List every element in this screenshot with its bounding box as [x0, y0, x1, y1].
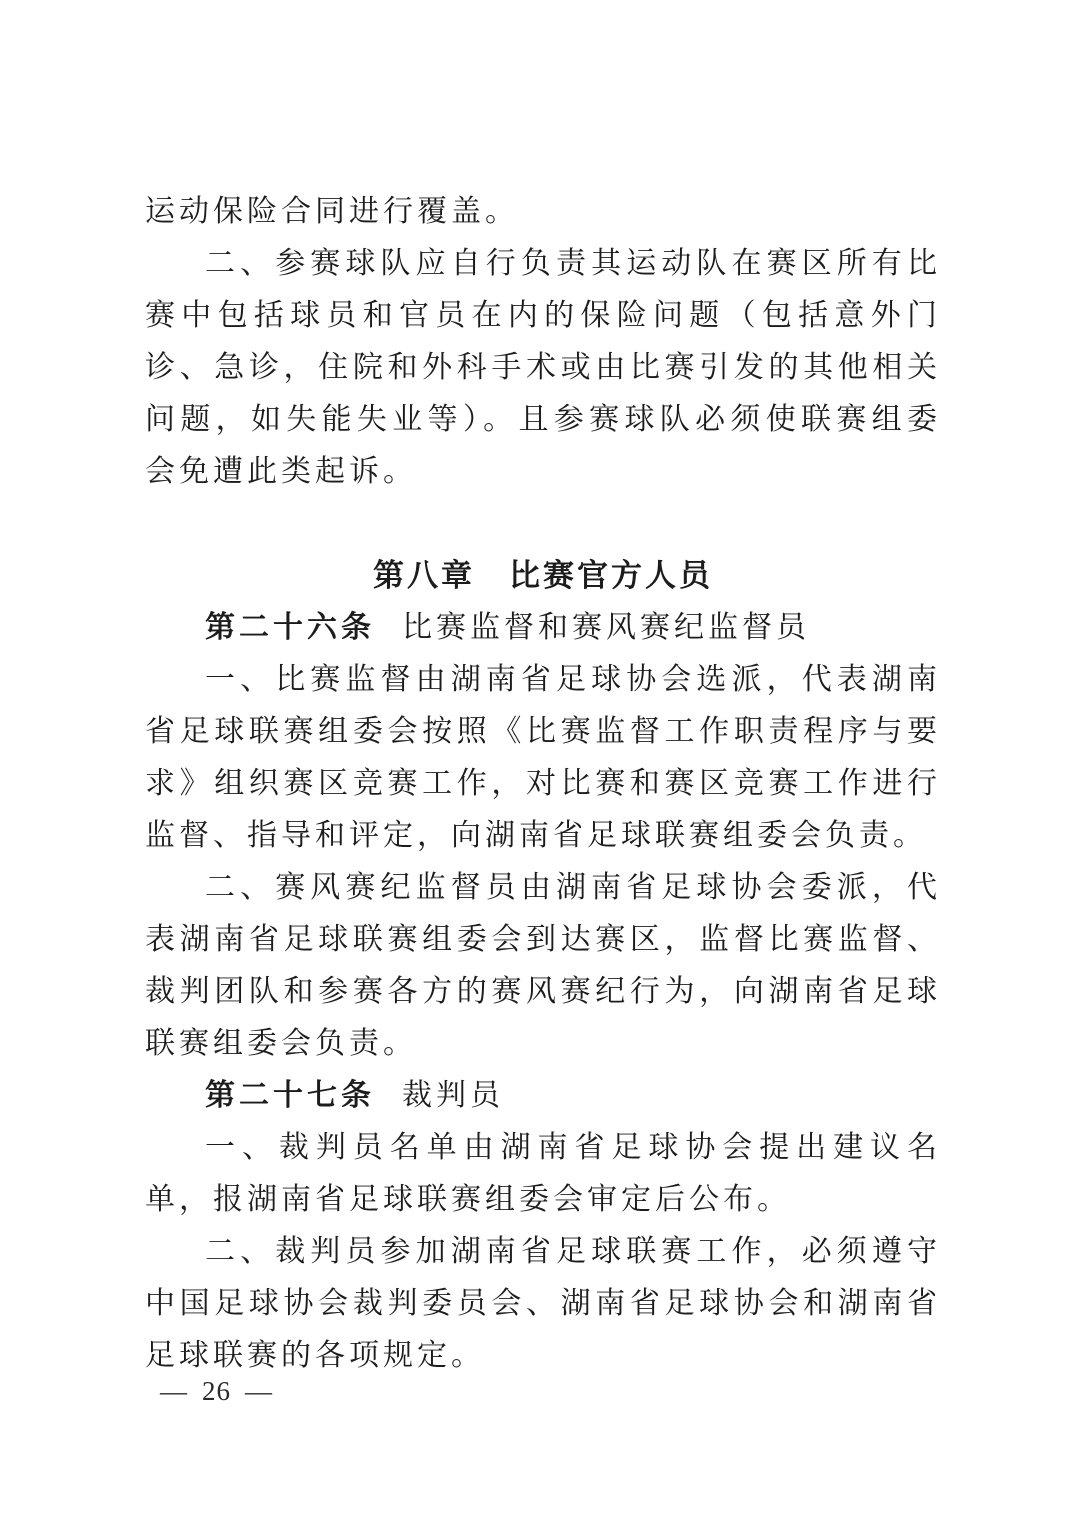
article-26-number: 第二十六条: [205, 611, 375, 644]
paragraph-article-27-clause-1: 一、裁判员名单由湖南省足球协会提出建议名单，报湖南省足球联赛组委会审定后公布。: [145, 1122, 941, 1226]
document-page: 运动保险合同进行覆盖。 二、参赛球队应自行负责其运动队在赛区所有比赛中包括球员和…: [0, 0, 1080, 1527]
paragraph-article-27-clause-2: 二、裁判员参加湖南省足球联赛工作，必须遵守中国足球协会裁判委员会、湖南省足球协会…: [145, 1226, 941, 1382]
page-number: 26: [202, 1376, 231, 1406]
paragraph-article-26-clause-1: 一、比赛监督由湖南省足球协会选派，代表湖南省足球联赛组委会按照《比赛监督工作职责…: [145, 654, 941, 862]
page-footer: —26—: [160, 1376, 273, 1407]
paragraph-insurance-clause-2: 二、参赛球队应自行负责其运动队在赛区所有比赛中包括球员和官员在内的保险问题（包括…: [145, 238, 941, 498]
article-26-title: 比赛监督和赛风赛纪监督员: [402, 611, 810, 644]
paragraph-article-26-clause-2: 二、赛风赛纪监督员由湖南省足球协会委派，代表湖南省足球联赛组委会到达赛区，监督比…: [145, 862, 941, 1070]
chapter-8-heading: 第八章 比赛官方人员: [145, 550, 941, 602]
document-body: 运动保险合同进行覆盖。 二、参赛球队应自行负责其运动队在赛区所有比赛中包括球员和…: [145, 186, 941, 1382]
article-26-heading: 第二十六条比赛监督和赛风赛纪监督员: [145, 602, 941, 654]
paragraph-insurance-continuation: 运动保险合同进行覆盖。: [145, 186, 941, 238]
article-27-heading: 第二十七条裁判员: [145, 1070, 941, 1122]
footer-dash-right: —: [245, 1376, 273, 1406]
article-27-number: 第二十七条: [205, 1079, 375, 1112]
footer-dash-left: —: [160, 1376, 188, 1406]
article-27-title: 裁判员: [402, 1079, 504, 1112]
